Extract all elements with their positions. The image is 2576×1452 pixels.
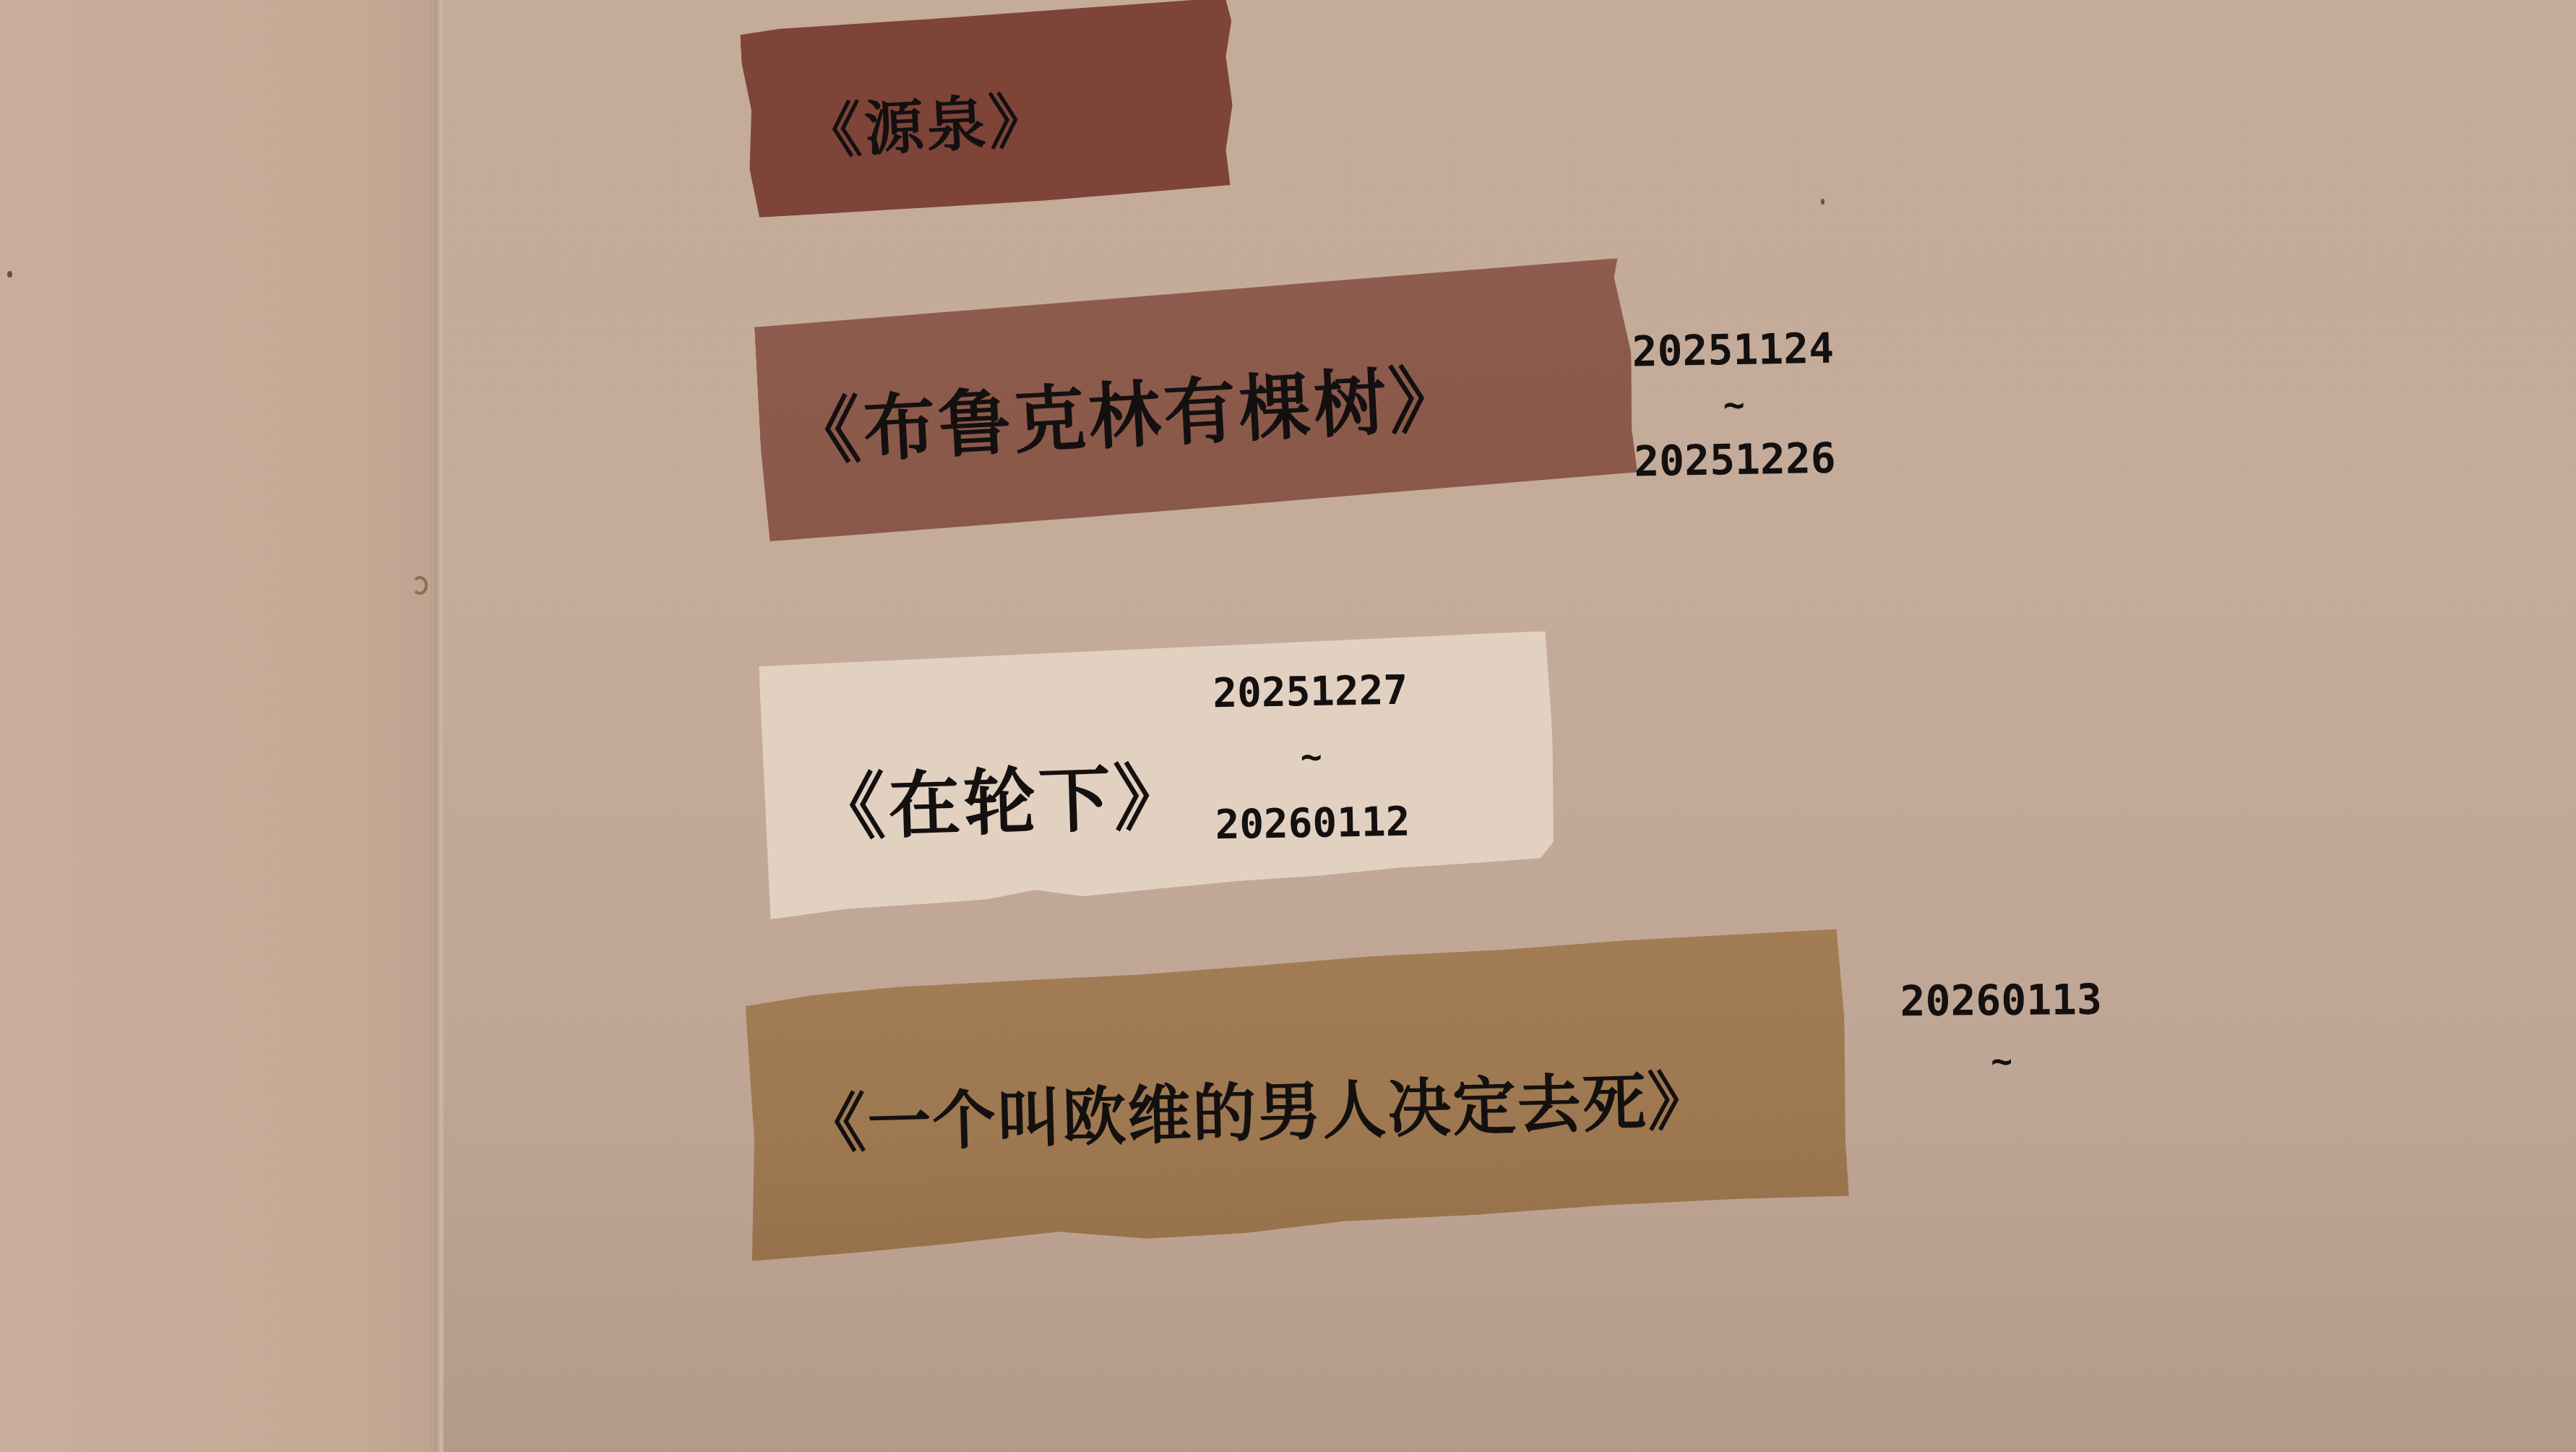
range-separator: ~ [1214,737,1410,777]
start-date: 20251227 [1212,671,1408,715]
start-date: 20251124 [1632,327,1834,373]
paper-speck [1821,199,1825,205]
page-gutter [431,0,445,1452]
book-title-3: 《在轮下》 [811,739,1190,854]
end-date: 20260112 [1215,802,1410,846]
paper-speck [7,271,12,278]
end-date: 20251226 [1634,437,1836,483]
book-title-1: 《源泉》 [800,73,1053,171]
range-separator: ~ [1900,1042,2103,1080]
start-date: 20260113 [1900,979,2102,1022]
left-page [0,0,432,1452]
range-separator: ~ [1633,385,1835,425]
date-range-3: 20251227 ~ 20260112 [1212,671,1410,846]
date-range-4: 20260113 ~ [1900,979,2103,1080]
paper-speck [412,576,428,595]
date-range-2: 20251124 ~ 20251226 [1632,327,1836,483]
